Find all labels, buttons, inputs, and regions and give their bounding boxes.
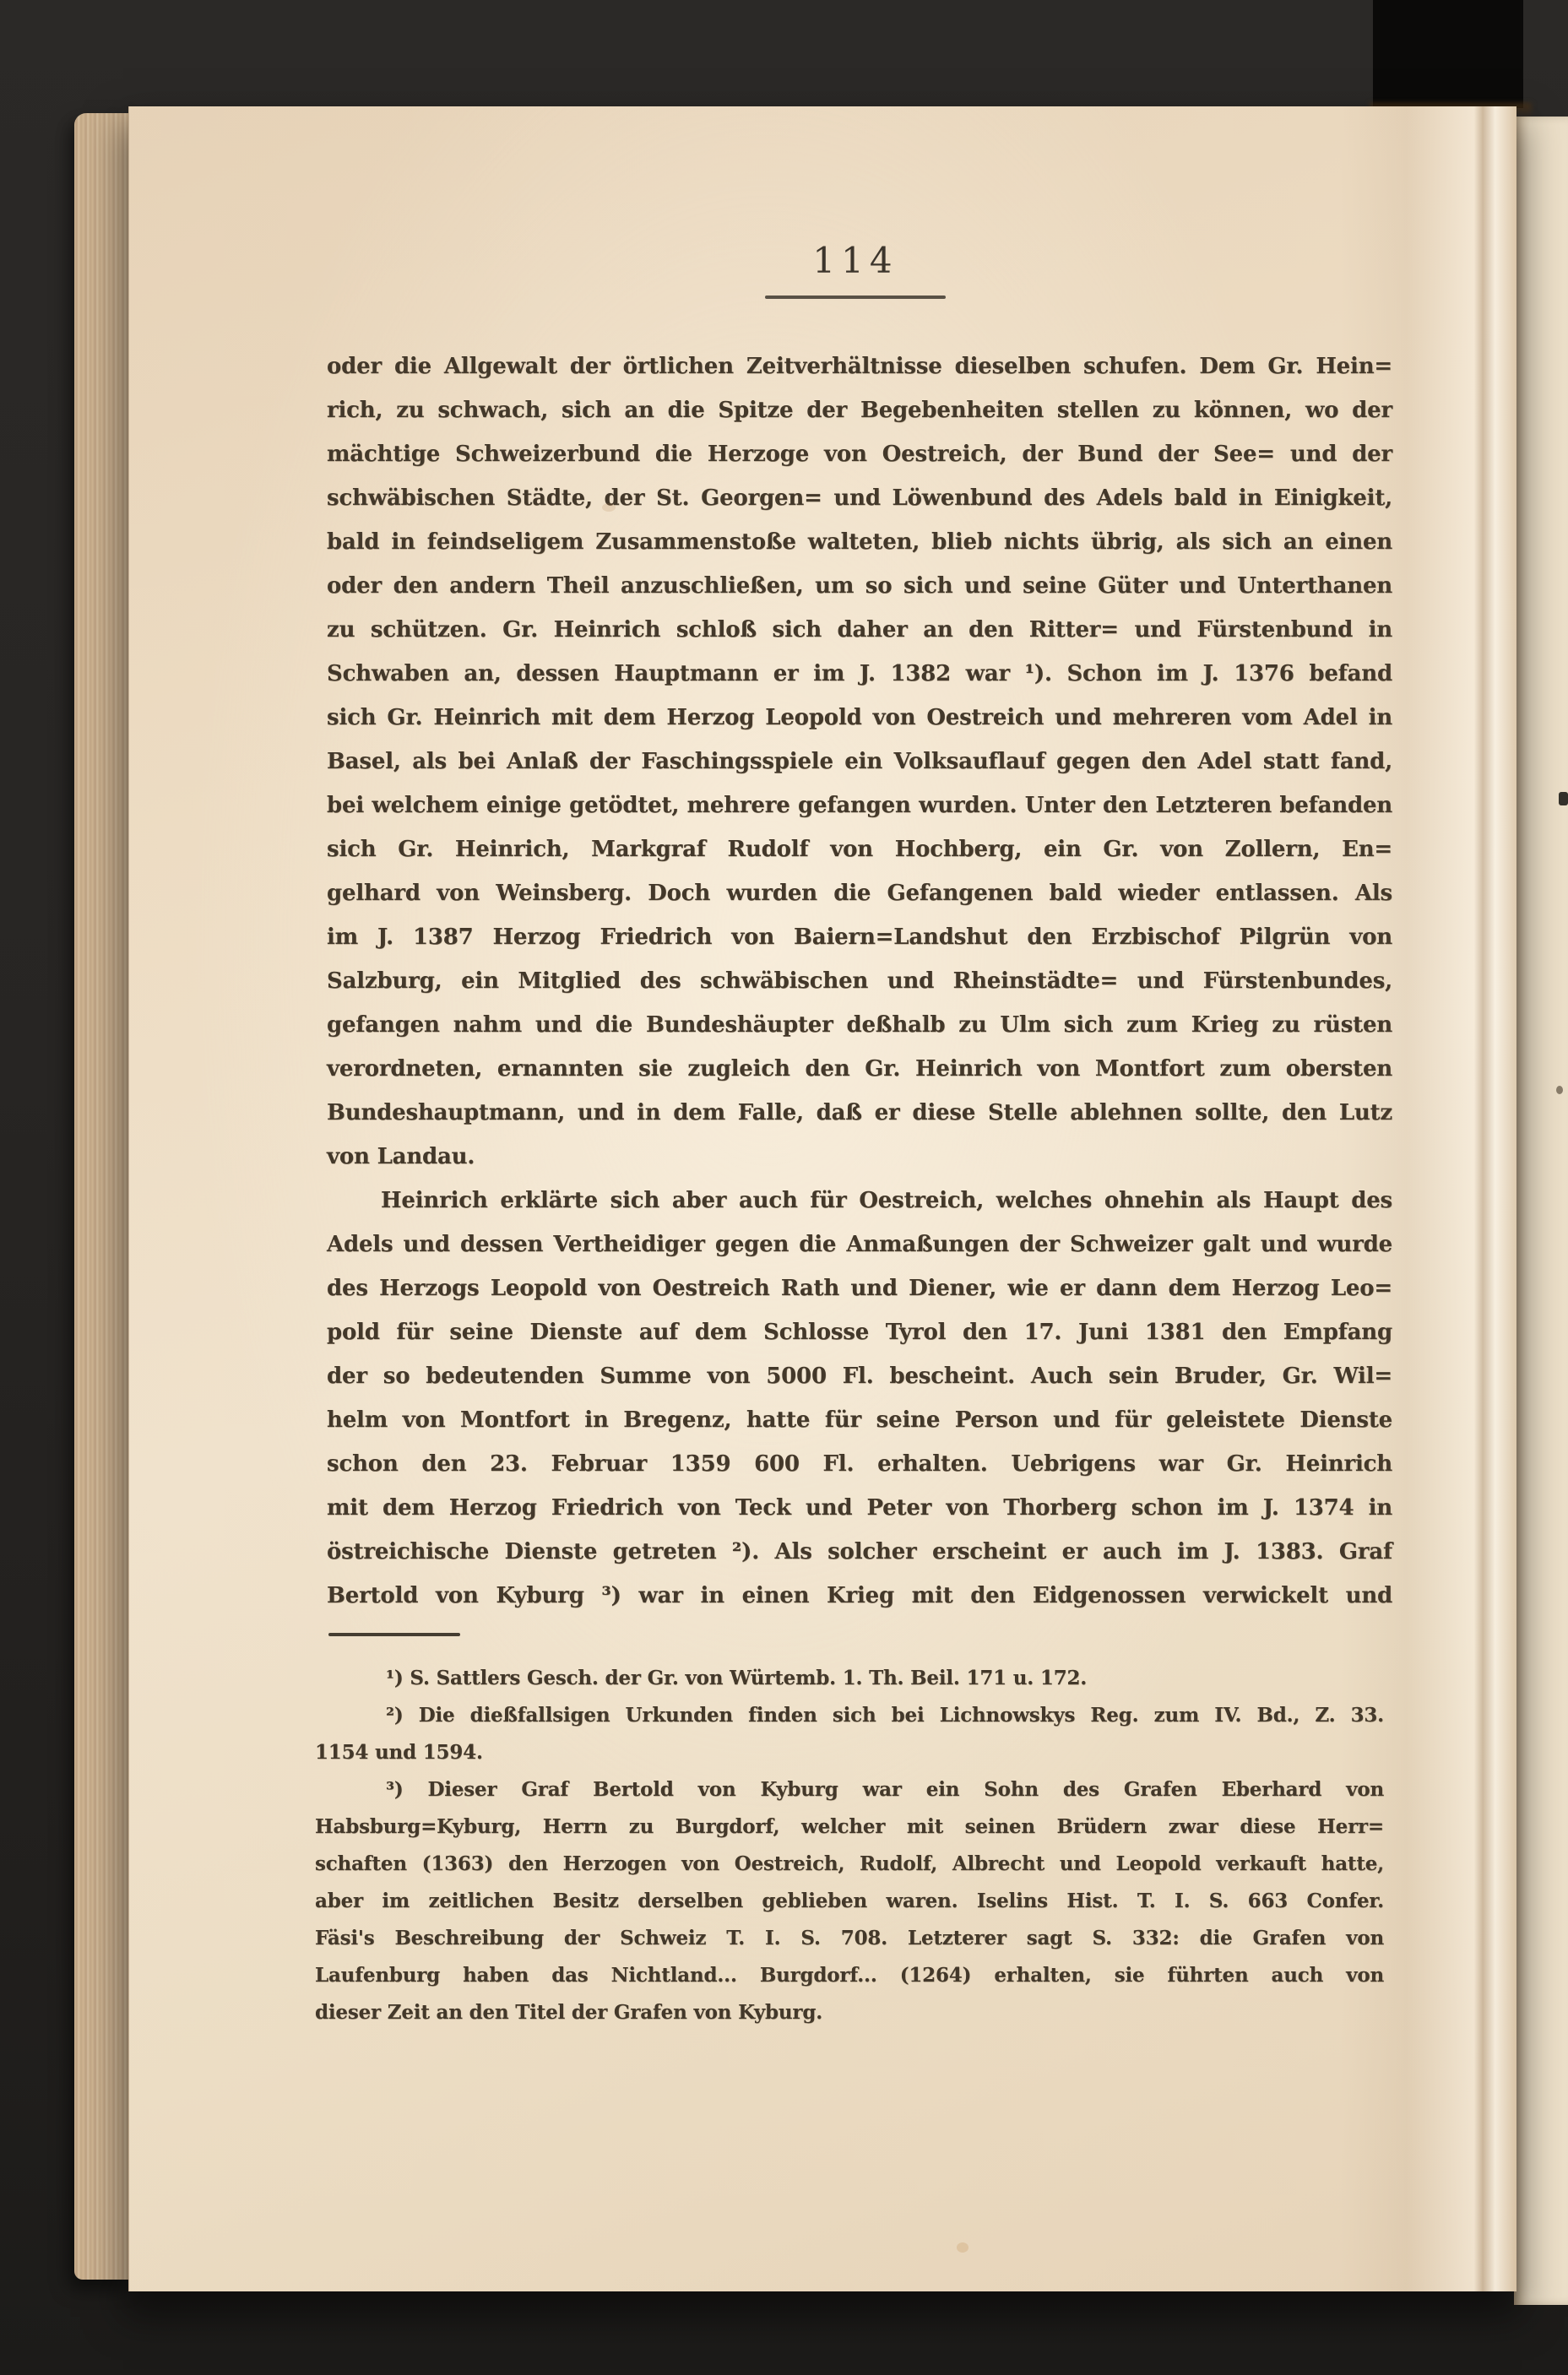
text-line: rich, zu schwach, sich an die Spitze der… bbox=[327, 388, 1392, 432]
text-line: bei welchem einige getödtet, mehrere gef… bbox=[327, 784, 1392, 827]
text-line: schwäbischen Städte, der St. Georgen= un… bbox=[327, 476, 1392, 520]
page-number: 114 bbox=[762, 240, 948, 281]
page-edge-stack bbox=[74, 113, 130, 2280]
text-line: östreichische Dienste getreten ²). Als s… bbox=[327, 1530, 1392, 1574]
text-line: im J. 1387 Herzog Friedrich von Baiern=L… bbox=[327, 915, 1392, 959]
text-line: gefangen nahm und die Bundeshäupter deßh… bbox=[327, 1003, 1392, 1047]
text-line: der so bedeutenden Summe von 5000 Fl. be… bbox=[327, 1354, 1392, 1398]
footnotes: ¹) S. Sattlers Gesch. der Gr. von Würtem… bbox=[315, 1660, 1384, 2031]
footnote-line: ²) Die dießfallsigen Urkunden finden sic… bbox=[315, 1697, 1384, 1734]
text-line: Adels und dessen Vertheidiger gegen die … bbox=[327, 1223, 1392, 1266]
text-line: Heinrich erklärte sich aber auch für Oes… bbox=[327, 1179, 1392, 1223]
text-line: gelhard von Weinsberg. Doch wurden die G… bbox=[327, 871, 1392, 915]
next-page-edge bbox=[1514, 117, 1568, 2305]
text-line: von Landau. bbox=[327, 1135, 1392, 1179]
text-line: Bertold von Kyburg ³) war in einen Krieg… bbox=[327, 1574, 1392, 1618]
text-line: oder den andern Theil anzuschließen, um … bbox=[327, 564, 1392, 608]
footnote-line: aber im zeitlichen Besitz derselben gebl… bbox=[315, 1883, 1384, 1920]
footnote-line: schaften (1363) den Herzogen von Oestrei… bbox=[315, 1846, 1384, 1883]
text-line: oder die Allgewalt der örtlichen Zeitver… bbox=[327, 344, 1392, 388]
footnote-line: ¹) S. Sattlers Gesch. der Gr. von Würtem… bbox=[315, 1660, 1384, 1697]
text-line: Basel, als bei Anlaß der Faschingsspiele… bbox=[327, 740, 1392, 784]
dark-cover-band bbox=[1373, 0, 1523, 108]
paper-speck bbox=[602, 503, 616, 512]
text-line: Bundeshauptmann, und in dem Falle, daß e… bbox=[327, 1091, 1392, 1135]
footnote-separator bbox=[328, 1633, 460, 1636]
paper-speck bbox=[1556, 1086, 1563, 1094]
body-text: oder die Allgewalt der örtlichen Zeitver… bbox=[327, 344, 1392, 1618]
text-line: sich Gr. Heinrich, Markgraf Rudolf von H… bbox=[327, 827, 1392, 871]
text-line: Schwaben an, dessen Hauptmann er im J. 1… bbox=[327, 652, 1392, 696]
page-number-rule bbox=[765, 296, 946, 299]
footnote-line: Fäsi's Beschreibung der Schweiz T. I. S.… bbox=[315, 1920, 1384, 1957]
text-line: zu schützen. Gr. Heinrich schloß sich da… bbox=[327, 608, 1392, 652]
footnote-line: ³) Dieser Graf Bertold von Kyburg war ei… bbox=[315, 1771, 1384, 1808]
text-line: bald in feindseligem Zusammenstoße walte… bbox=[327, 520, 1392, 564]
paper-speck bbox=[957, 2242, 968, 2253]
text-line: verordneten, ernannten sie zugleich den … bbox=[327, 1047, 1392, 1091]
footnote-line: dieser Zeit an den Titel der Grafen von … bbox=[315, 1994, 1384, 2031]
book-page: 114 oder die Allgewalt der örtlichen Zei… bbox=[128, 106, 1516, 2291]
footnote-line: 1154 und 1594. bbox=[315, 1734, 1384, 1771]
footnote-line: Laufenburg haben das Nichtland... Burgdo… bbox=[315, 1957, 1384, 1994]
text-line: sich Gr. Heinrich mit dem Herzog Leopold… bbox=[327, 696, 1392, 740]
text-line: pold für seine Dienste auf dem Schlosse … bbox=[327, 1310, 1392, 1354]
paper-speck bbox=[1559, 792, 1568, 805]
book-photo: 114 oder die Allgewalt der örtlichen Zei… bbox=[0, 0, 1568, 2375]
text-line: schon den 23. Februar 1359 600 Fl. erhal… bbox=[327, 1442, 1392, 1486]
text-line: Salzburg, ein Mitglied des schwäbischen … bbox=[327, 959, 1392, 1003]
text-line: mit dem Herzog Friedrich von Teck und Pe… bbox=[327, 1486, 1392, 1530]
text-line: des Herzogs Leopold von Oestreich Rath u… bbox=[327, 1266, 1392, 1310]
text-line: helm von Montfort in Bregenz, hatte für … bbox=[327, 1398, 1392, 1442]
text-line: mächtige Schweizerbund die Herzoge von O… bbox=[327, 432, 1392, 476]
footnote-line: Habsburg=Kyburg, Herrn zu Burgdorf, welc… bbox=[315, 1808, 1384, 1846]
